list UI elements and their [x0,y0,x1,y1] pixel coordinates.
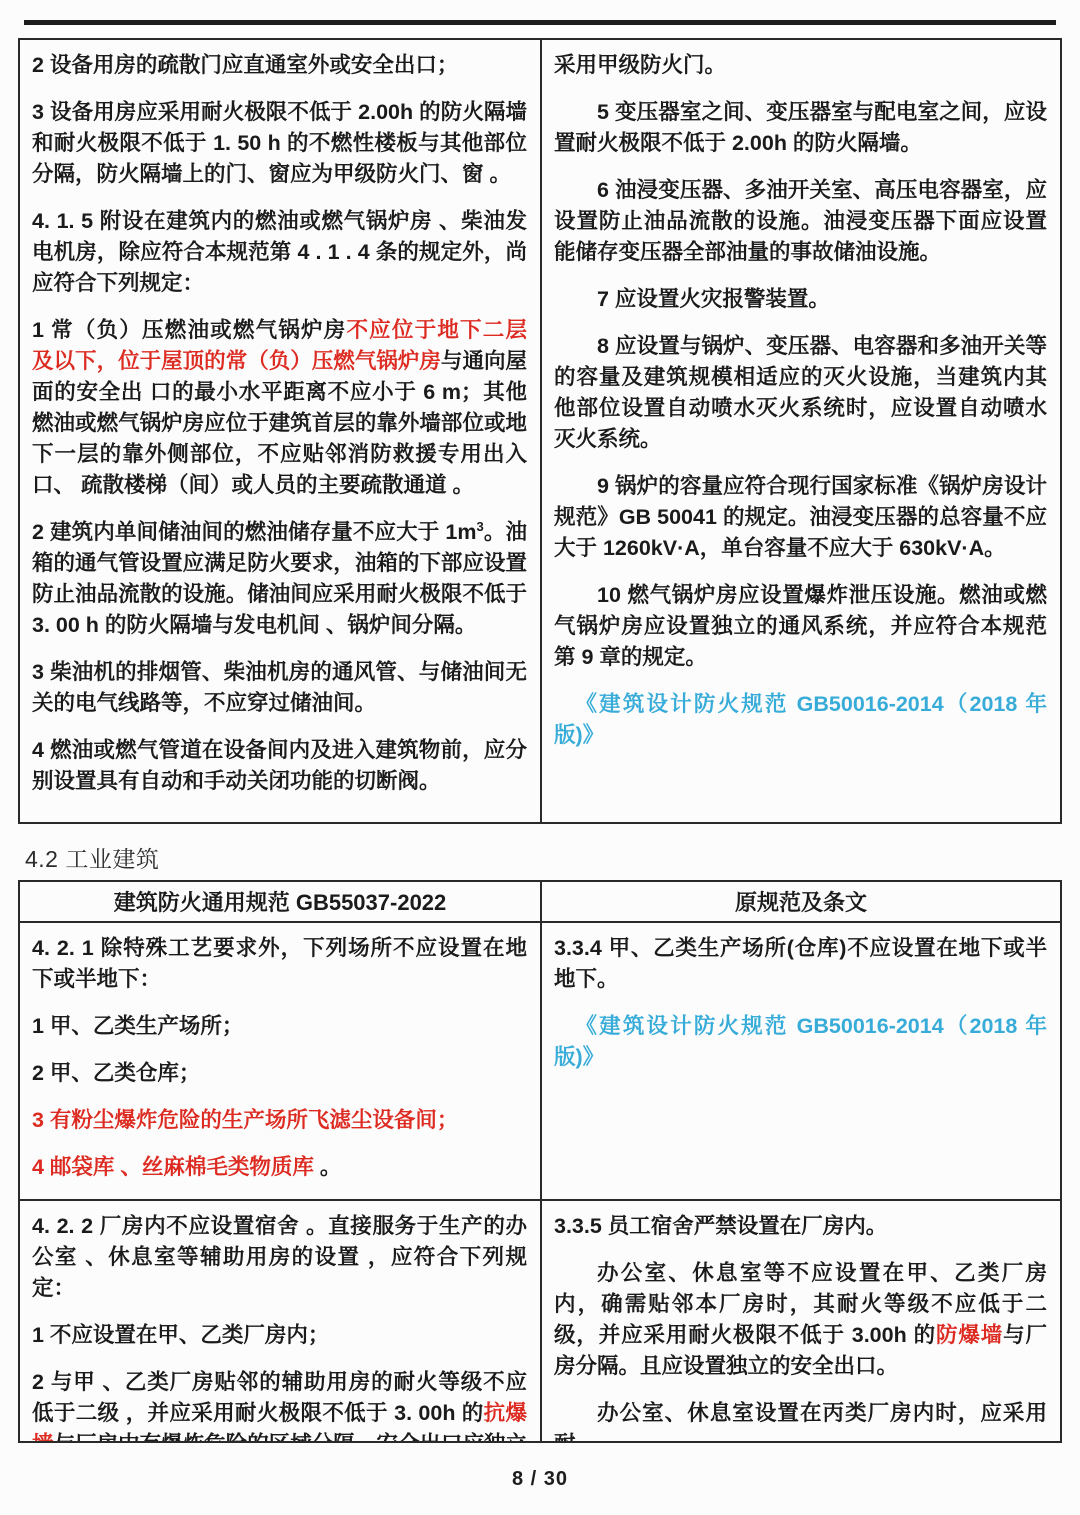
paragraph: 《建筑设计防火规范 GB50016-2014（2018 年版)》 [554,1011,1047,1073]
comparison-table-industrial: 建筑防火通用规范 GB55037-2022 原规范及条文 4. 2. 1 除特殊… [18,880,1062,1443]
paragraph: 办公室、休息室等不应设置在甲、乙类厂房内，确需贴邻本厂房时，其耐火等级不应低于二… [554,1258,1047,1382]
paragraph: 6 油浸变压器、多油开关室、高压电容器室，应设置防止油品流散的设施。油浸变压器下… [554,175,1047,268]
new-code-cell: 2 设备用房的疏散门应直通室外或安全出口；3 设备用房应采用耐火极限不低于 2.… [20,40,540,822]
paragraph: 3.3.5 员工宿舍严禁设置在厂房内。 [554,1211,1047,1242]
paragraph: 采用甲级防火门。 [554,50,1047,81]
paragraph: 2 设备用房的疏散门应直通室外或安全出口； [32,50,527,81]
paragraph: 4 邮袋库 、丝麻棉毛类物质库 。 [32,1152,527,1183]
paragraph: 2 建筑内单间储油间的燃油储存量不应大于 1m3。油箱的通气管设置应满足防火要求… [32,517,527,641]
page-number: 8 / 30 [0,1468,1080,1491]
paragraph: 《建筑设计防火规范 GB50016-2014（2018 年版)》 [554,689,1047,751]
paragraph: 2 甲、乙类仓库； [32,1058,527,1089]
header-new-code: 建筑防火通用规范 GB55037-2022 [20,882,540,921]
section-heading: 4.2 工业建筑 [25,841,159,874]
table-header-row: 建筑防火通用规范 GB55037-2022 原规范及条文 [20,882,1060,921]
paragraph: 7 应设置火灾报警装置。 [554,284,1047,315]
document-page: 2 设备用房的疏散门应直通室外或安全出口；3 设备用房应采用耐火极限不低于 2.… [0,0,1080,1515]
paragraph: 4 燃油或燃气管道在设备间内及进入建筑物前，应分别设置具有自动和手动关闭功能的切… [32,735,527,797]
old-code-cell: 采用甲级防火门。5 变压器室之间、变压器室与配电室之间，应设置耐火极限不低于 2… [540,40,1060,822]
paragraph: 2 与甲 、乙类厂房贴邻的辅助用房的耐火等级不应低于二级 ，并应采用耐火极限不低… [32,1367,527,1441]
table-row: 4. 2. 2 厂房内不应设置宿舍 。直接服务于生产的办公室 、休息室等辅助用房… [20,1199,1060,1441]
page-top-rule [24,20,1056,25]
table-row: 4. 2. 1 除特殊工艺要求外，下列场所不应设置在地下或半地下：1 甲、乙类生… [20,921,1060,1199]
paragraph: 3.3.4 甲、乙类生产场所(仓库)不应设置在地下或半地下。 [554,933,1047,995]
paragraph: 1 甲、乙类生产场所； [32,1011,527,1042]
old-code-cell-335: 3.3.5 员工宿舍严禁设置在厂房内。办公室、休息室等不应设置在甲、乙类厂房内，… [540,1201,1060,1441]
comparison-table-continued: 2 设备用房的疏散门应直通室外或安全出口；3 设备用房应采用耐火极限不低于 2.… [18,38,1062,824]
paragraph: 9 锅炉的容量应符合现行国家标准《锅炉房设计规范》GB 50041 的规定。油浸… [554,471,1047,564]
paragraph: 4. 2. 1 除特殊工艺要求外，下列场所不应设置在地下或半地下： [32,933,527,995]
paragraph: 3 有粉尘爆炸危险的生产场所飞滤尘设备间； [32,1105,527,1136]
paragraph: 4. 2. 2 厂房内不应设置宿舍 。直接服务于生产的办公室 、休息室等辅助用房… [32,1211,527,1304]
paragraph: 3 柴油机的排烟管、柴油机房的通风管、与储油间无关的电气线路等，不应穿过储油间。 [32,657,527,719]
new-code-cell-421: 4. 2. 1 除特殊工艺要求外，下列场所不应设置在地下或半地下：1 甲、乙类生… [20,923,540,1199]
paragraph: 1 不应设置在甲、乙类厂房内； [32,1320,527,1351]
paragraph: 10 燃气锅炉房应设置爆炸泄压设施。燃油或燃气锅炉房应设置独立的通风系统，并应符… [554,580,1047,673]
paragraph: 8 应设置与锅炉、变压器、电容器和多油开关等的容量及建筑规模相适应的灭火设施，当… [554,331,1047,455]
new-code-cell-422: 4. 2. 2 厂房内不应设置宿舍 。直接服务于生产的办公室 、休息室等辅助用房… [20,1201,540,1441]
paragraph: 办公室、休息室设置在丙类厂房内时，应采用耐 [554,1398,1047,1441]
paragraph: 4. 1. 5 附设在建筑内的燃油或燃气锅炉房 、柴油发电机房，除应符合本规范第… [32,206,527,299]
paragraph: 5 变压器室之间、变压器室与配电室之间，应设置耐火极限不低于 2.00h 的防火… [554,97,1047,159]
paragraph: 3 设备用房应采用耐火极限不低于 2.00h 的防火隔墙和耐火极限不低于 1. … [32,97,527,190]
paragraph: 1 常（负）压燃油或燃气锅炉房不应位于地下二层 及以下，位于屋顶的常（负）压燃气… [32,315,527,501]
old-code-cell-334: 3.3.4 甲、乙类生产场所(仓库)不应设置在地下或半地下。《建筑设计防火规范 … [540,923,1060,1199]
header-old-code: 原规范及条文 [540,882,1060,921]
